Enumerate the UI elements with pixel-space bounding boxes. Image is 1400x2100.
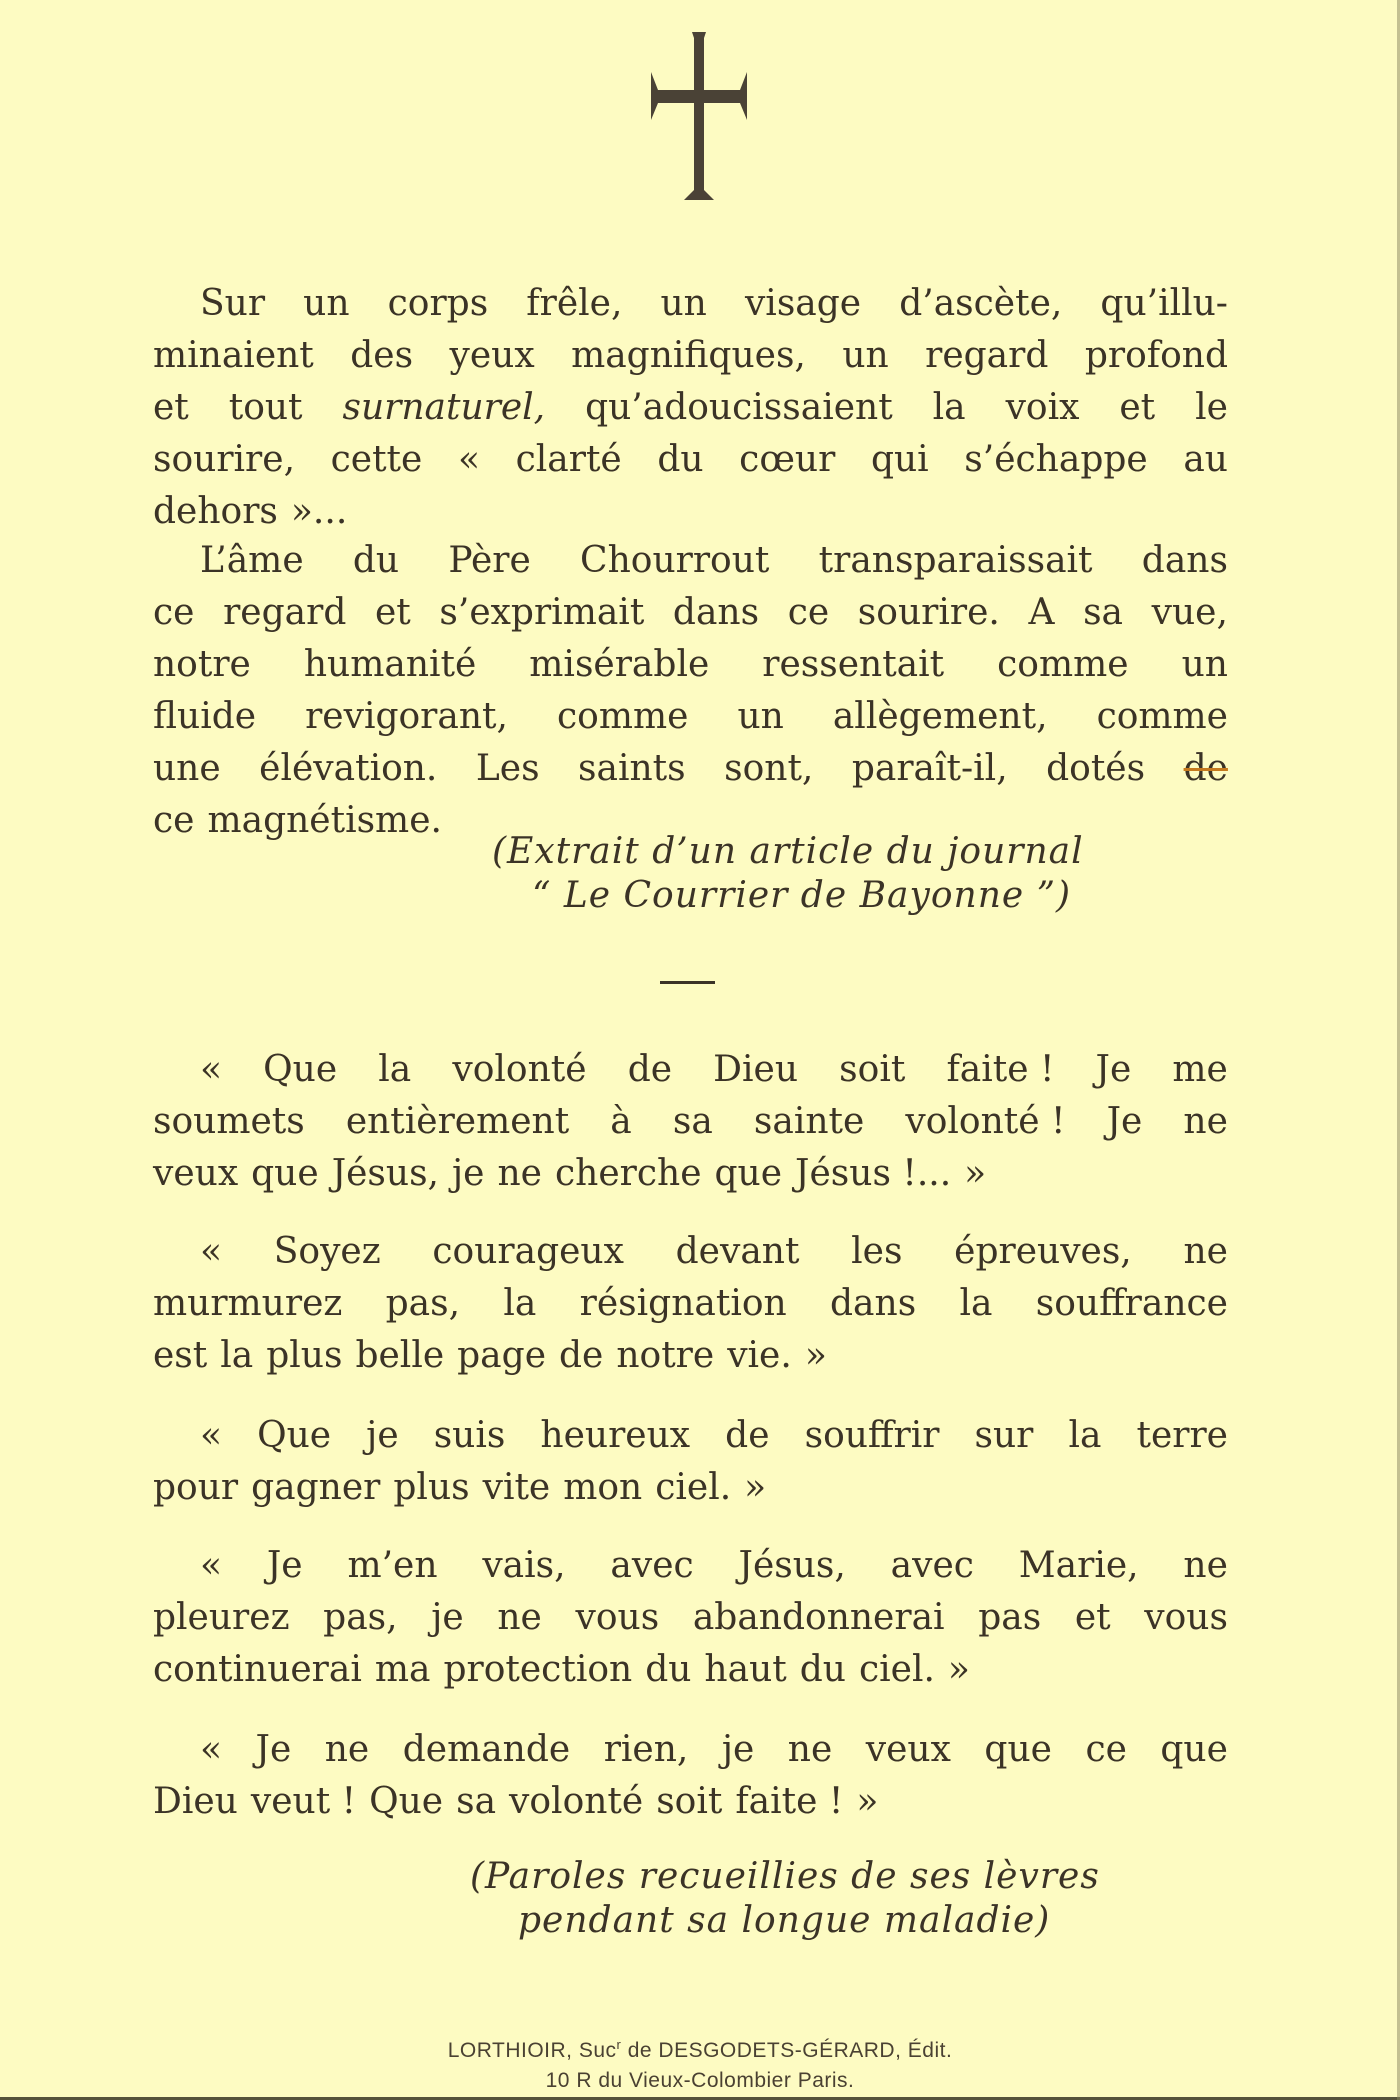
word: la bbox=[220, 1330, 253, 1382]
word: » bbox=[744, 1462, 766, 1514]
word: comme bbox=[1097, 691, 1228, 743]
text-line: «Jenedemanderien,jeneveuxqueceque bbox=[153, 1724, 1228, 1776]
word: clarté bbox=[516, 434, 622, 486]
word: fluide bbox=[153, 691, 256, 743]
text-line: notrehumanitémisérableressentaitcommeun bbox=[153, 639, 1228, 691]
word: tout bbox=[229, 382, 303, 434]
word: soit bbox=[656, 1776, 722, 1828]
word: ne bbox=[1183, 1226, 1228, 1278]
word: pas, bbox=[323, 1592, 397, 1644]
word: qui bbox=[871, 434, 929, 486]
word: entièrement bbox=[346, 1096, 569, 1148]
word: demande bbox=[403, 1724, 570, 1776]
word: ne bbox=[325, 1724, 370, 1776]
word: saints bbox=[578, 743, 686, 795]
word: épreuves, bbox=[954, 1226, 1132, 1278]
word: faite ! bbox=[735, 1776, 843, 1828]
text-line: L’âmeduPèreChourrouttransparaissaitdans bbox=[153, 535, 1228, 587]
word: vais, bbox=[482, 1540, 565, 1592]
word: ciel. bbox=[655, 1462, 731, 1514]
word: notre bbox=[616, 1330, 714, 1382]
word: cœur bbox=[739, 434, 835, 486]
word: la bbox=[378, 1044, 411, 1096]
word: plus bbox=[393, 1462, 469, 1514]
text-line: veuxqueJésus,jenecherchequeJésus !...» bbox=[153, 1148, 1228, 1200]
word: de bbox=[559, 1330, 603, 1382]
text-line: «QuelavolontédeDieusoitfaite !Jeme bbox=[153, 1044, 1228, 1096]
word: un bbox=[303, 278, 349, 330]
word: revigorant, bbox=[305, 691, 508, 743]
word: je bbox=[431, 1592, 463, 1644]
word: élévation. bbox=[259, 743, 437, 795]
word: cherche bbox=[555, 1148, 702, 1200]
word: soumets bbox=[153, 1096, 305, 1148]
word: comme bbox=[997, 639, 1128, 691]
word: » bbox=[948, 1644, 970, 1696]
word: page bbox=[457, 1330, 546, 1382]
word: ne bbox=[497, 1592, 542, 1644]
word: vue, bbox=[1152, 587, 1228, 639]
word: s’échappe bbox=[964, 434, 1147, 486]
saying-5: «Jenedemanderien,jeneveuxquecequeDieuveu… bbox=[153, 1724, 1228, 1828]
word: dans bbox=[1142, 535, 1228, 587]
word: je bbox=[452, 1148, 484, 1200]
word: sa bbox=[456, 1776, 496, 1828]
word: qu’adoucissaient bbox=[585, 382, 893, 434]
word: Chourrout bbox=[580, 535, 769, 587]
word: plus bbox=[266, 1330, 342, 1382]
word: le bbox=[1195, 382, 1228, 434]
word: la bbox=[503, 1278, 536, 1330]
word: souffrir bbox=[805, 1410, 940, 1462]
word: devant bbox=[676, 1226, 800, 1278]
word: est bbox=[153, 1330, 207, 1382]
text-line: ettoutsurnaturel,qu’adoucissaientlavoixe… bbox=[153, 382, 1228, 434]
word: comme bbox=[557, 691, 688, 743]
word: Jésus, bbox=[739, 1540, 846, 1592]
word: qu’illu- bbox=[1100, 278, 1228, 330]
word: Les bbox=[476, 743, 540, 795]
word: volonté ! bbox=[905, 1096, 1065, 1148]
tribute-citation: (Extrait d’un article du journal “ Le Co… bbox=[492, 830, 1084, 918]
word: du bbox=[657, 434, 703, 486]
word: de bbox=[1184, 743, 1228, 795]
word: un bbox=[661, 278, 707, 330]
text-line: «Soyezcourageuxdevantlesépreuves,ne bbox=[153, 1226, 1228, 1278]
word: souffrance bbox=[1036, 1278, 1228, 1330]
tribute-citation-line-2: “ Le Courrier de Bayonne ”) bbox=[492, 874, 1084, 918]
word: « bbox=[200, 1540, 222, 1592]
text-line: estlaplusbellepagedenotrevie.» bbox=[153, 1330, 1228, 1382]
word: heureux bbox=[540, 1410, 690, 1462]
text-line: soumetsentièrementàsasaintevolonté !Jene bbox=[153, 1096, 1228, 1148]
word: que bbox=[984, 1724, 1052, 1776]
word: paraît-il, bbox=[852, 743, 1008, 795]
word: Marie, bbox=[1019, 1540, 1139, 1592]
word: » bbox=[805, 1330, 827, 1382]
publisher-imprint: LORTHIOIR, Sucr de DESGODETS-GÉRARD, Édi… bbox=[0, 2030, 1400, 2096]
sayings-citation-line-1: (Paroles recueillies de ses lèvres bbox=[470, 1855, 1100, 1899]
word: ne bbox=[497, 1148, 542, 1200]
word: surnaturel, bbox=[342, 382, 545, 434]
word: sainte bbox=[754, 1096, 864, 1148]
text-line: «Quejesuisheureuxdesouffrirsurlaterre bbox=[153, 1410, 1228, 1462]
word: sourire. bbox=[858, 587, 1000, 639]
word: à bbox=[610, 1096, 631, 1148]
word: un bbox=[737, 691, 783, 743]
word: Jésus, bbox=[332, 1148, 439, 1200]
word: ce bbox=[1085, 1724, 1126, 1776]
text-line: minaientdesyeuxmagnifiques,unregardprofo… bbox=[153, 330, 1228, 382]
text-line: fluiderevigorant,commeunallègement,comme bbox=[153, 691, 1228, 743]
word: Je bbox=[256, 1724, 292, 1776]
word: de bbox=[725, 1410, 769, 1462]
latin-cross-icon bbox=[640, 32, 753, 202]
word: que bbox=[715, 1148, 783, 1200]
word: je bbox=[366, 1410, 398, 1462]
word: avec bbox=[891, 1540, 974, 1592]
word: pour bbox=[153, 1462, 238, 1514]
word: ma bbox=[375, 1644, 431, 1696]
word: courageux bbox=[432, 1226, 624, 1278]
word: Dieu bbox=[153, 1776, 238, 1828]
word: pleurez bbox=[153, 1592, 290, 1644]
word: au bbox=[1183, 434, 1228, 486]
word: Sur bbox=[200, 278, 265, 330]
text-line: Dieuveut !Quesavolontésoitfaite !» bbox=[153, 1776, 1228, 1828]
word: des bbox=[350, 330, 413, 382]
word: suis bbox=[434, 1410, 506, 1462]
word: sur bbox=[975, 1410, 1034, 1462]
word: une bbox=[153, 743, 221, 795]
word: ce bbox=[153, 795, 194, 847]
word: protection bbox=[443, 1644, 632, 1696]
text-line: pleurezpas,jenevousabandonneraipasetvous bbox=[153, 1592, 1228, 1644]
publisher-address: 10 R du Vieux-Colombier Paris. bbox=[0, 2066, 1400, 2096]
text-line: murmurezpas,larésignationdanslasouffranc… bbox=[153, 1278, 1228, 1330]
word: volonté bbox=[452, 1044, 586, 1096]
word: yeux bbox=[449, 330, 534, 382]
word: du bbox=[353, 535, 399, 587]
word: pas, bbox=[386, 1278, 460, 1330]
text-line: «Jem’envais,avecJésus,avecMarie,ne bbox=[153, 1540, 1228, 1592]
word: corps bbox=[388, 278, 489, 330]
word: mon bbox=[563, 1462, 642, 1514]
word: allègement, bbox=[833, 691, 1048, 743]
word: ne bbox=[788, 1724, 833, 1776]
word: terre bbox=[1136, 1410, 1228, 1462]
saying-1: «QuelavolontédeDieusoitfaite !Jemesoumet… bbox=[153, 1044, 1228, 1200]
word: du bbox=[645, 1644, 691, 1696]
word: »... bbox=[291, 486, 347, 538]
word: et bbox=[375, 587, 411, 639]
word: ne bbox=[1183, 1540, 1228, 1592]
word: profond bbox=[1085, 330, 1228, 382]
word: soit bbox=[839, 1044, 905, 1096]
word: et bbox=[153, 382, 189, 434]
word: résignation bbox=[580, 1278, 787, 1330]
sayings-citation-line-2: pendant sa longue maladie) bbox=[470, 1899, 1100, 1943]
word: minaient bbox=[153, 330, 314, 382]
word: ressentait bbox=[762, 639, 944, 691]
word: et bbox=[1119, 382, 1155, 434]
word: pas bbox=[978, 1592, 1041, 1644]
word: continuerai bbox=[153, 1644, 362, 1696]
word: Je bbox=[1096, 1044, 1132, 1096]
word: « bbox=[458, 434, 480, 486]
word: rien, bbox=[604, 1724, 689, 1776]
word: vous bbox=[576, 1592, 660, 1644]
word: « bbox=[200, 1724, 222, 1776]
word: vous bbox=[1144, 1592, 1228, 1644]
word: Que bbox=[257, 1410, 331, 1462]
word: vie. bbox=[727, 1330, 792, 1382]
word: que bbox=[1160, 1724, 1228, 1776]
text-line: Suruncorpsfrêle,unvisaged’ascète,qu’illu… bbox=[153, 278, 1228, 330]
word: haut bbox=[704, 1644, 786, 1696]
text-line: sourire,cette«clartéducœurquis’échappeau bbox=[153, 434, 1228, 486]
word: veux bbox=[153, 1148, 238, 1200]
word: Jésus !... bbox=[795, 1148, 951, 1200]
word: « bbox=[200, 1044, 222, 1096]
word: misérable bbox=[529, 639, 709, 691]
publisher-name: LORTHIOIR, Sucr de DESGODETS-GÉRARD, Édi… bbox=[0, 2030, 1400, 2066]
sayings-citation: (Paroles recueillies de ses lèvres penda… bbox=[470, 1855, 1100, 1943]
word: d’ascète, bbox=[899, 278, 1062, 330]
word: L’âme bbox=[200, 535, 304, 587]
word: « bbox=[200, 1226, 222, 1278]
word: faite ! bbox=[946, 1044, 1054, 1096]
word: ce bbox=[153, 587, 194, 639]
word: vite bbox=[483, 1462, 551, 1514]
word: dotés bbox=[1046, 743, 1145, 795]
word: je bbox=[722, 1724, 754, 1776]
word: dans bbox=[673, 587, 759, 639]
word: veut ! bbox=[251, 1776, 356, 1828]
word: voix bbox=[1006, 382, 1080, 434]
word: un bbox=[842, 330, 888, 382]
saying-4: «Jem’envais,avecJésus,avecMarie,nepleure… bbox=[153, 1540, 1228, 1696]
word: la bbox=[933, 382, 966, 434]
word: un bbox=[1182, 639, 1228, 691]
word: magnifiques, bbox=[571, 330, 806, 382]
word: sa bbox=[1083, 587, 1123, 639]
word: A bbox=[1028, 587, 1054, 639]
saying-3: «Quejesuisheureuxdesouffrirsurlaterrepou… bbox=[153, 1410, 1228, 1514]
word: m’en bbox=[347, 1540, 437, 1592]
section-divider bbox=[660, 981, 715, 984]
word: humanité bbox=[304, 639, 476, 691]
word: magnétisme. bbox=[207, 795, 441, 847]
word: s’exprimait bbox=[439, 587, 644, 639]
word: belle bbox=[355, 1330, 444, 1382]
tribute-paragraph-1: Suruncorpsfrêle,unvisaged’ascète,qu’illu… bbox=[153, 278, 1228, 538]
word: visage bbox=[745, 278, 861, 330]
word: frêle, bbox=[526, 278, 622, 330]
word: volonté bbox=[509, 1776, 643, 1828]
text-line: uneélévation.Lessaintssont,paraît-il,dot… bbox=[153, 743, 1228, 795]
word: gagner bbox=[251, 1462, 380, 1514]
word: me bbox=[1172, 1044, 1227, 1096]
word: la bbox=[1068, 1410, 1101, 1462]
text-line: dehors»... bbox=[153, 486, 1228, 538]
word: » bbox=[964, 1148, 986, 1200]
text-line: pourgagnerplusvitemonciel.» bbox=[153, 1462, 1228, 1514]
word: de bbox=[628, 1044, 672, 1096]
word: « bbox=[200, 1410, 222, 1462]
word: transparaissait bbox=[819, 535, 1093, 587]
word: sont, bbox=[724, 743, 813, 795]
word: avec bbox=[610, 1540, 693, 1592]
word: dehors bbox=[153, 486, 278, 538]
word: veux bbox=[866, 1724, 951, 1776]
tribute-paragraph-2: L’âmeduPèreChourrouttransparaissaitdansc… bbox=[153, 535, 1228, 847]
word: sa bbox=[673, 1096, 713, 1148]
word: les bbox=[851, 1226, 902, 1278]
word: murmurez bbox=[153, 1278, 342, 1330]
word: ne bbox=[1183, 1096, 1228, 1148]
word: Dieu bbox=[713, 1044, 798, 1096]
tribute-citation-line-1: (Extrait d’un article du journal bbox=[492, 830, 1084, 874]
word: Soyez bbox=[274, 1226, 381, 1278]
word: notre bbox=[153, 639, 251, 691]
word: regard bbox=[223, 587, 346, 639]
word: Je bbox=[267, 1540, 303, 1592]
word: regard bbox=[925, 330, 1048, 382]
saying-2: «Soyezcourageuxdevantlesépreuves,nemurmu… bbox=[153, 1226, 1228, 1382]
word: et bbox=[1075, 1592, 1111, 1644]
word: Je bbox=[1107, 1096, 1143, 1148]
word: ciel. bbox=[859, 1644, 935, 1696]
word: cette bbox=[331, 434, 423, 486]
word: » bbox=[856, 1776, 878, 1828]
word: Que bbox=[263, 1044, 337, 1096]
word: sourire, bbox=[153, 434, 295, 486]
text-line: continueraimaprotectionduhautduciel.» bbox=[153, 1644, 1228, 1696]
word: que bbox=[251, 1148, 319, 1200]
word: du bbox=[800, 1644, 846, 1696]
word: Que bbox=[369, 1776, 443, 1828]
text-line: ceregardets’exprimaitdanscesourire.Asavu… bbox=[153, 587, 1228, 639]
word: Père bbox=[448, 535, 530, 587]
word: abandonnerai bbox=[693, 1592, 945, 1644]
word: dans bbox=[830, 1278, 916, 1330]
word: la bbox=[959, 1278, 992, 1330]
word: ce bbox=[788, 587, 829, 639]
